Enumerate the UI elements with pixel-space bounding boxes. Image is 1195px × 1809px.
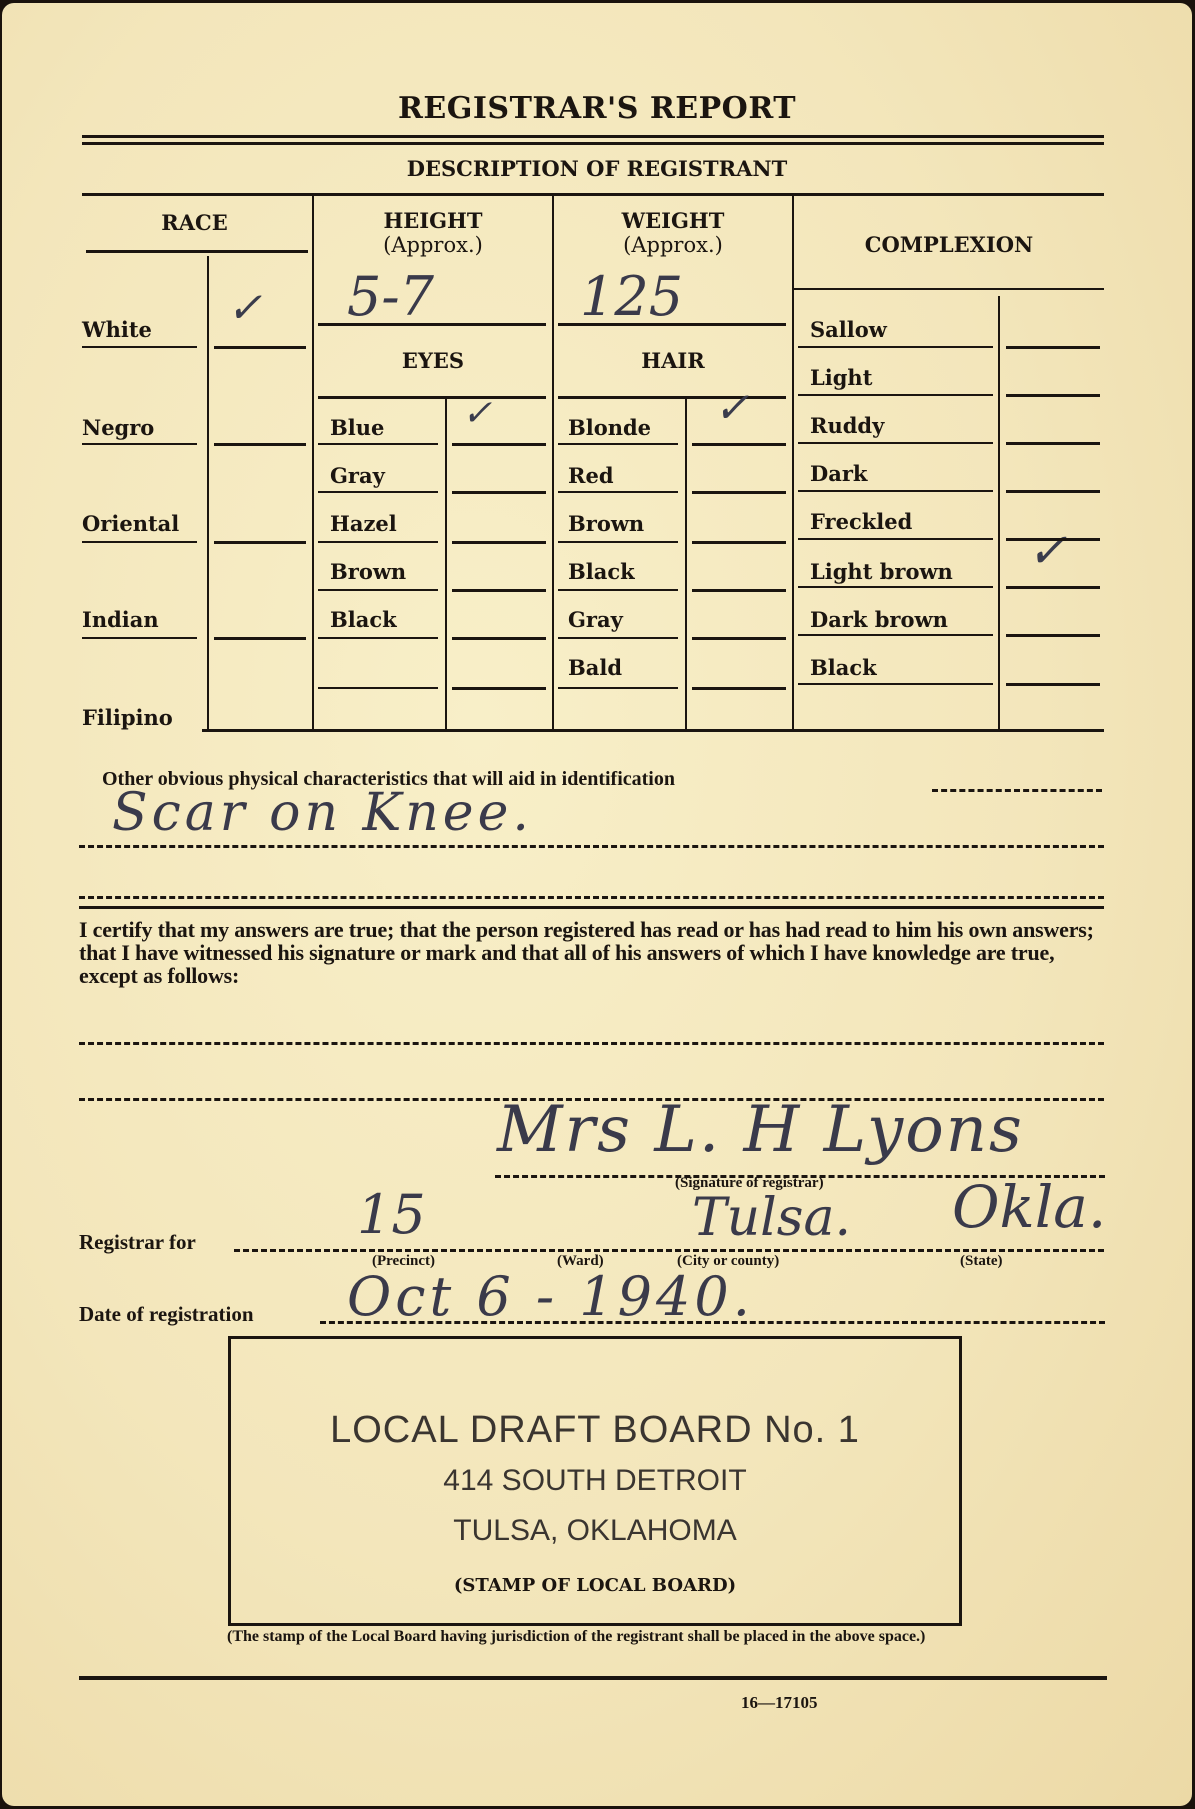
city-value[interactable]: Tulsa. [692,1188,851,1248]
height-header: HEIGHT (Approx.) [314,208,552,258]
date-of-registration-label: Date of registration [79,1302,254,1327]
stamp-caption: (STAMP OF LOCAL BOARD) [231,1575,959,1596]
race-option-filipino[interactable]: Filipino [82,705,173,730]
row-rule [1006,394,1100,397]
title-rule-1 [82,135,1104,138]
height-value[interactable]: 5-7 [347,265,434,328]
row-rule [558,687,678,689]
row-rule [798,442,993,444]
row-rule [1006,683,1100,686]
section-title: DESCRIPTION OF REGISTRANT [2,156,1192,181]
eyes-header: EYES [314,348,552,373]
hair-option-blonde[interactable]: Blonde [568,415,651,440]
row-rule [558,589,678,591]
hair-option-brown[interactable]: Brown [568,511,644,536]
stamp-note: (The stamp of the Local Board having jur… [227,1628,987,1645]
row-rule [452,589,546,592]
row-rule [318,443,438,445]
complexion-option-light[interactable]: Light [810,365,872,390]
eyes-option-brown[interactable]: Brown [330,559,406,584]
exceptions-line-1 [79,1042,1104,1045]
complexion-option-black[interactable]: Black [810,655,877,680]
row-rule [318,637,438,639]
eyes-blue-check-icon[interactable]: ✓ [462,393,492,434]
race-option-negro[interactable]: Negro [82,415,154,440]
hair-option-black[interactable]: Black [568,559,635,584]
row-rule [692,491,786,494]
state-caption: (State) [960,1253,1002,1270]
eyes-option-blue[interactable]: Blue [330,415,384,440]
hair-option-red[interactable]: Red [568,463,614,488]
row-rule [558,443,678,445]
row-rule [452,687,546,690]
hair-option-gray[interactable]: Gray [568,607,623,632]
height-value-rule [318,323,546,326]
eyes-option-gray[interactable]: Gray [330,463,385,488]
row-rule [558,541,678,543]
row-rule [82,637,197,639]
col-divider-race [312,196,314,731]
weight-header-sub: (Approx.) [554,233,792,258]
row-rule [692,443,786,446]
row-rule [692,687,786,690]
row-rule [798,683,993,685]
row-rule [692,541,786,544]
col-divider-height [552,196,554,731]
row-rule [692,589,786,592]
complexion-option-ruddy[interactable]: Ruddy [810,413,884,438]
weight-header: WEIGHT (Approx.) [554,208,792,258]
height-header-sub: (Approx.) [314,233,552,258]
hair-check-divider [685,399,687,731]
row-rule [452,637,546,640]
col-divider-weight [792,196,794,731]
registrar-for-line [234,1249,1104,1252]
weight-value[interactable]: 125 [580,265,683,328]
row-rule [318,589,438,591]
row-rule [798,586,993,588]
race-check-divider [207,256,209,731]
race-option-oriental[interactable]: Oriental [82,511,179,536]
row-rule [558,637,678,639]
precinct-value[interactable]: 15 [357,1183,426,1246]
row-rule [452,541,546,544]
weight-value-rule [558,323,786,326]
row-rule [1006,586,1100,589]
row-rule [452,443,546,446]
row-rule [798,346,993,348]
registrar-report-card: REGISTRAR'S REPORT DESCRIPTION OF REGIST… [2,3,1192,1806]
row-rule [1006,538,1100,541]
complexion-header: COMPLEXION [794,232,1104,257]
other-characteristics-value[interactable]: Scar on Knee. [112,783,533,843]
dotted-line [79,845,1104,848]
row-rule [214,541,306,544]
weight-header-label: WEIGHT [554,208,792,233]
dotted-line [79,896,1104,899]
complexion-option-sallow[interactable]: Sallow [810,317,887,342]
row-rule [82,541,197,543]
eyes-option-hazel[interactable]: Hazel [330,511,397,536]
hair-header: HAIR [554,348,792,373]
local-board-stamp-box: LOCAL DRAFT BOARD No. 1 414 SOUTH DETROI… [228,1336,962,1626]
row-rule [798,538,993,540]
row-rule [558,491,678,493]
state-value[interactable]: Okla. [952,1173,1106,1241]
row-rule [82,443,197,445]
row-rule [214,443,306,446]
complexion-header-rule [794,288,1104,290]
stamp-line-1: LOCAL DRAFT BOARD No. 1 [231,1409,959,1452]
row-rule [1006,490,1100,493]
footer-rule [79,1676,1107,1680]
hair-blonde-check-icon[interactable]: ✓ [714,383,749,432]
hair-option-bald[interactable]: Bald [568,655,622,680]
row-rule [214,637,306,640]
row-rule [798,490,993,492]
row-rule [798,634,993,636]
date-of-registration-value[interactable]: Oct 6 - 1940. [347,1265,754,1328]
table-top-rule [82,193,1104,196]
complexion-option-freckled[interactable]: Freckled [810,509,912,534]
eyes-check-divider [445,399,447,731]
certification-text: I certify that my answers are true; that… [79,918,1104,987]
eyes-header-rule [318,396,546,399]
stamp-line-2: 414 SOUTH DETROIT [231,1464,959,1498]
row-rule [1006,634,1100,637]
complexion-option-dark-brown[interactable]: Dark brown [810,607,948,632]
dotted-line [932,789,1102,792]
row-rule [452,491,546,494]
row-rule [1006,346,1100,349]
race-option-white[interactable]: White [82,317,152,342]
height-header-label: HEIGHT [314,208,552,233]
page-title: REGISTRAR'S REPORT [2,91,1192,126]
race-white-check-icon[interactable]: ✓ [227,283,262,332]
table-bottom-rule [202,729,1104,732]
row-rule [318,541,438,543]
registrar-signature[interactable]: Mrs L. H Lyons [497,1093,1024,1167]
row-rule [214,346,306,349]
eyes-option-black[interactable]: Black [330,607,397,632]
complexion-light-brown-check-icon[interactable]: ✓ [1027,523,1067,579]
complexion-option-dark[interactable]: Dark [810,461,867,486]
race-header: RACE [82,210,307,235]
row-rule [318,491,438,493]
row-rule [318,687,438,689]
row-rule [798,394,993,396]
stamp-line-3: TULSA, OKLAHOMA [231,1514,959,1548]
complexion-check-divider [998,296,1000,731]
race-option-indian[interactable]: Indian [82,607,159,632]
section-rule [79,906,1104,909]
complexion-option-light-brown[interactable]: Light brown [810,559,953,584]
title-rule-2 [82,142,1104,145]
form-number: 16—17105 [741,1693,818,1713]
hair-header-rule [558,396,786,399]
row-rule [692,637,786,640]
registrar-for-label: Registrar for [79,1230,196,1255]
row-rule [1006,442,1100,445]
row-rule [82,346,197,348]
race-header-rule [86,250,308,253]
